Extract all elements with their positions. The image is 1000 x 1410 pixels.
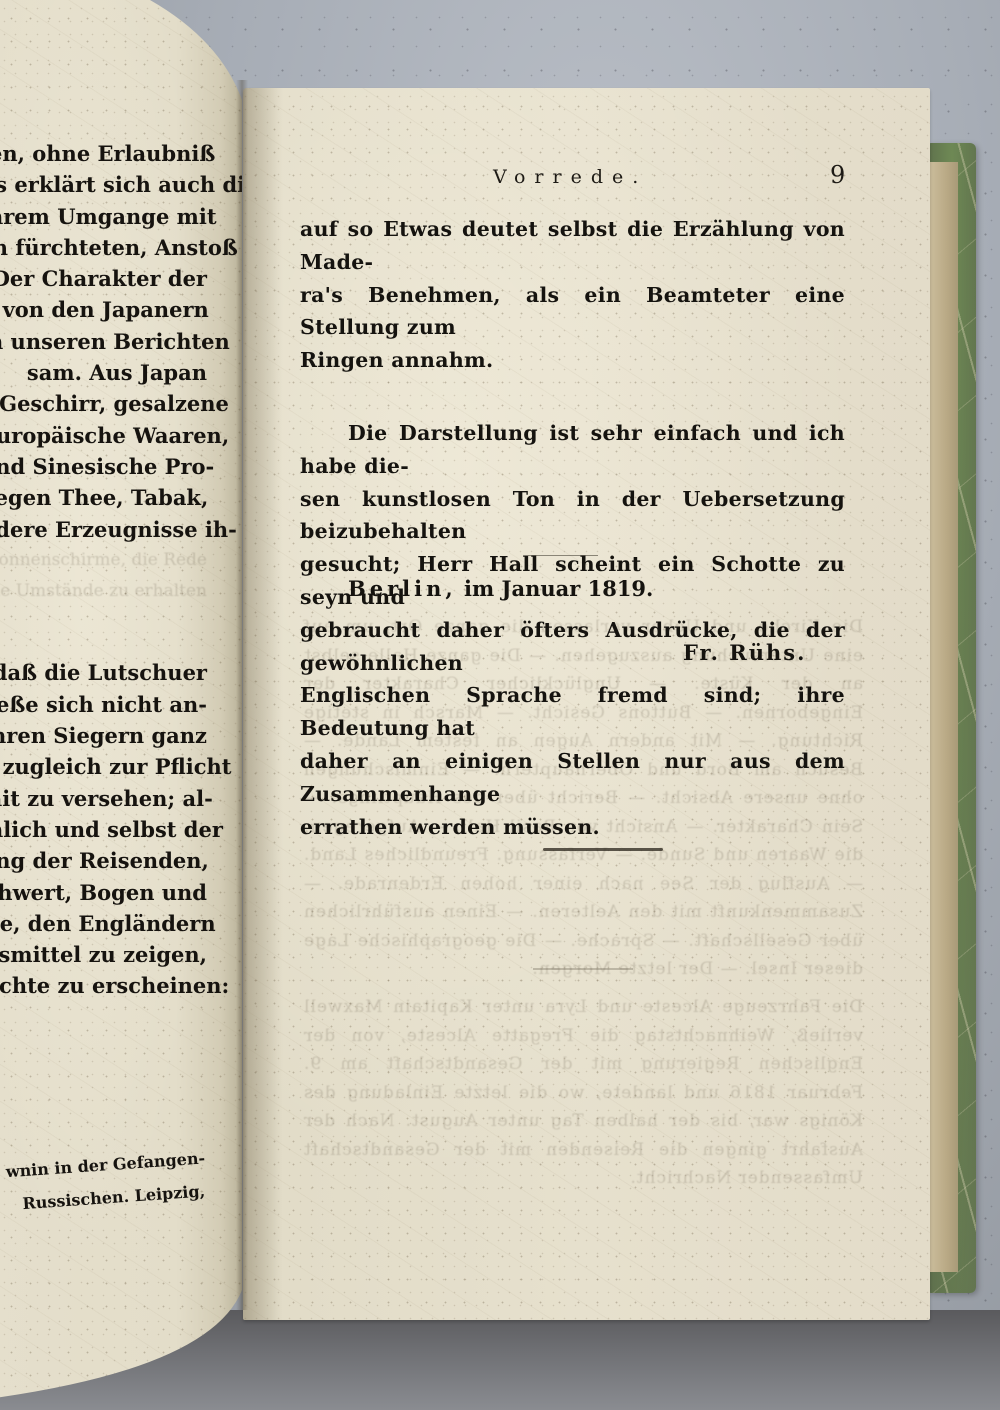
- paragraph-line: sen kunstlosen Ton in der Uebersetzung b…: [300, 483, 845, 549]
- text-line: s Geschirr, gesalzene: [0, 388, 225, 419]
- text-line: ch fürchteten, Anstoß: [0, 232, 225, 263]
- paragraph-line: Die Darstellung ist sehr einfach und ich…: [300, 417, 845, 483]
- text-line: in unseren Berichten: [0, 326, 225, 357]
- text-line: richte zu erscheinen:: [0, 970, 225, 1001]
- text-line: Europäische Waaren,: [0, 420, 225, 451]
- text-line: daß die Lutschuer: [0, 657, 225, 688]
- preface-body: auf so Etwas deutet selbst die Erzählung…: [300, 213, 845, 843]
- paragraph-line: auf so Etwas deutet selbst die Erzählung…: [300, 213, 845, 279]
- section-gap: [0, 607, 225, 657]
- text-line: mit zu versehen; al-: [0, 783, 225, 814]
- bleed-through-line: Sonnenschirme, die Rede: [0, 545, 225, 576]
- page-number: 9: [830, 161, 845, 189]
- text-line: ihren Siegern ganz: [0, 720, 225, 751]
- footnote: wnin in der Gefangen- Russischen. Leipzi…: [0, 1140, 225, 1206]
- left-page: fen, ohne Erlaubniß us erklärt sich auch…: [0, 0, 242, 1400]
- text-line: sie, den Engländern: [0, 908, 225, 939]
- text-line: inlich und selbst der: [0, 814, 225, 845]
- right-page: Die Kirche und Ueber verlassen die ganze…: [243, 88, 930, 1320]
- bleed-through-line: die Umstände zu erhalten: [0, 576, 225, 607]
- endpaper-edge: [930, 162, 958, 1272]
- paragraph-line: daher an einigen Stellen nur aus dem Zus…: [300, 745, 845, 811]
- text-line: ndere Erzeugnisse ih-: [0, 514, 225, 545]
- author-signature: Fr. Rühs.: [683, 640, 806, 665]
- text-line: gegen Thee, Tabak,: [0, 482, 225, 513]
- spine-gutter: [236, 80, 248, 1310]
- dateline-city: Berlin,: [348, 576, 457, 601]
- running-head: Vorrede.: [493, 166, 647, 188]
- paragraph-line: Ringen annahm.: [300, 344, 845, 377]
- paragraph-line: Englischen Sprache fremd sind; ihre Bede…: [300, 679, 845, 745]
- text-line: ihrem Umgange mit: [0, 201, 225, 232]
- text-line: fen, ohne Erlaubniß: [0, 138, 225, 169]
- text-line: sam. Aus Japan: [0, 357, 225, 388]
- text-line: und Sinesische Pro-: [0, 451, 225, 482]
- dateline-date: im Januar 1819.: [464, 576, 653, 601]
- dateline: Berlin, im Januar 1819.: [348, 576, 653, 601]
- bleed-through-rule-faint: [533, 968, 633, 970]
- text-line: ung der Reisenden,: [0, 845, 225, 876]
- text-line: Der Charakter der: [0, 263, 225, 294]
- text-line: us erklärt sich auch die: [0, 169, 225, 200]
- left-page-text: fen, ohne Erlaubniß us erklärt sich auch…: [0, 138, 225, 1002]
- paragraph-gap: [300, 377, 845, 417]
- text-line: chwert, Bogen und: [0, 877, 225, 908]
- paragraph-line: ra's Benehmen, als ein Beamteter eine St…: [300, 279, 845, 345]
- text-line: n zugleich zur Pflicht: [0, 751, 225, 782]
- paragraph-line: errathen werden müssen.: [300, 811, 845, 844]
- text-line: n von den Japanern: [0, 294, 225, 325]
- stray-rule: [528, 555, 598, 556]
- text-line: ließe sich nicht an-: [0, 689, 225, 720]
- bleed-through-rule: [543, 848, 663, 851]
- text-line: gsmittel zu zeigen,: [0, 939, 225, 970]
- bleed-through-text-lower: Die Fahrzeuge Alceste und Lyra unter Kap…: [303, 993, 863, 1193]
